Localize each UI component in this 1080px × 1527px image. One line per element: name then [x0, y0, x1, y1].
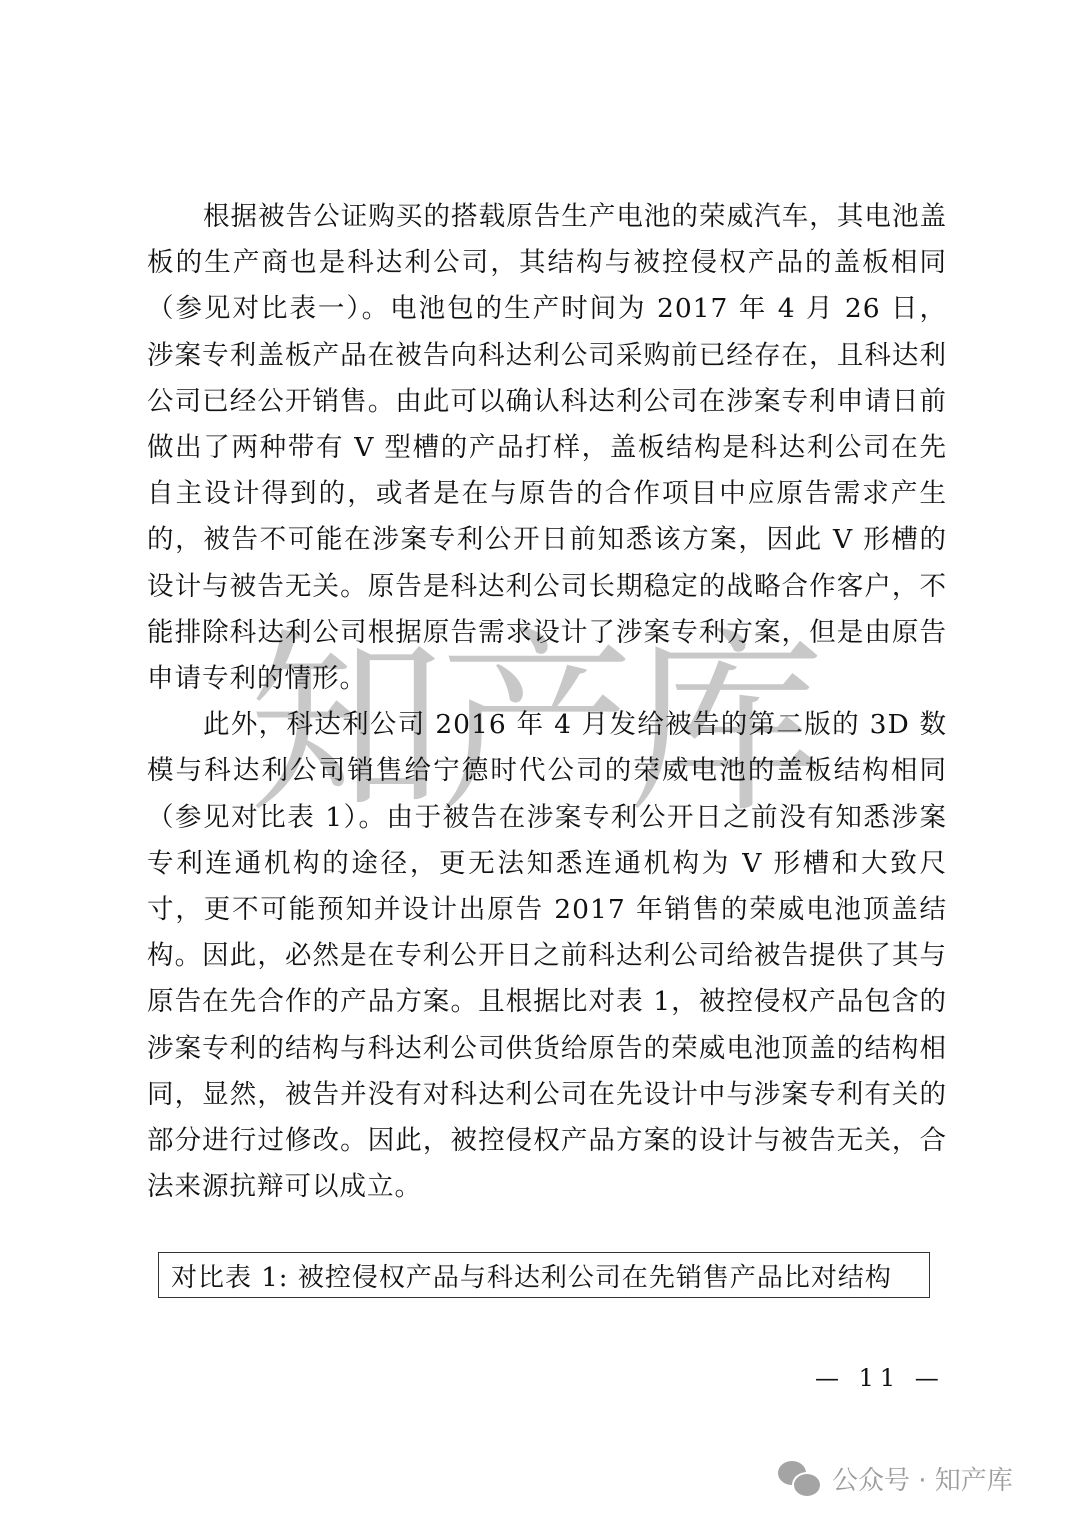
page-number: — 11 —: [815, 1364, 945, 1392]
table-caption: 对比表 1: 被控侵权产品与科达利公司在先销售产品比对结构: [158, 1252, 930, 1298]
footer-credit: 公众号 · 知产库: [778, 1460, 1013, 1497]
wechat-icon: [778, 1461, 822, 1497]
document-body: 根据被告公证购买的搭载原告生产电池的荣威汽车，其电池盖板的生产商也是科达利公司，…: [147, 194, 947, 1210]
footer-credit-text: 公众号 · 知产库: [832, 1460, 1013, 1497]
table-caption-text: 对比表 1: 被控侵权产品与科达利公司在先销售产品比对结构: [171, 1257, 892, 1294]
paragraph-2: 此外，科达利公司 2016 年 4 月发给被告的第二版的 3D 数模与科达利公司…: [147, 702, 947, 1210]
paragraph-1: 根据被告公证购买的搭载原告生产电池的荣威汽车，其电池盖板的生产商也是科达利公司，…: [147, 194, 947, 702]
